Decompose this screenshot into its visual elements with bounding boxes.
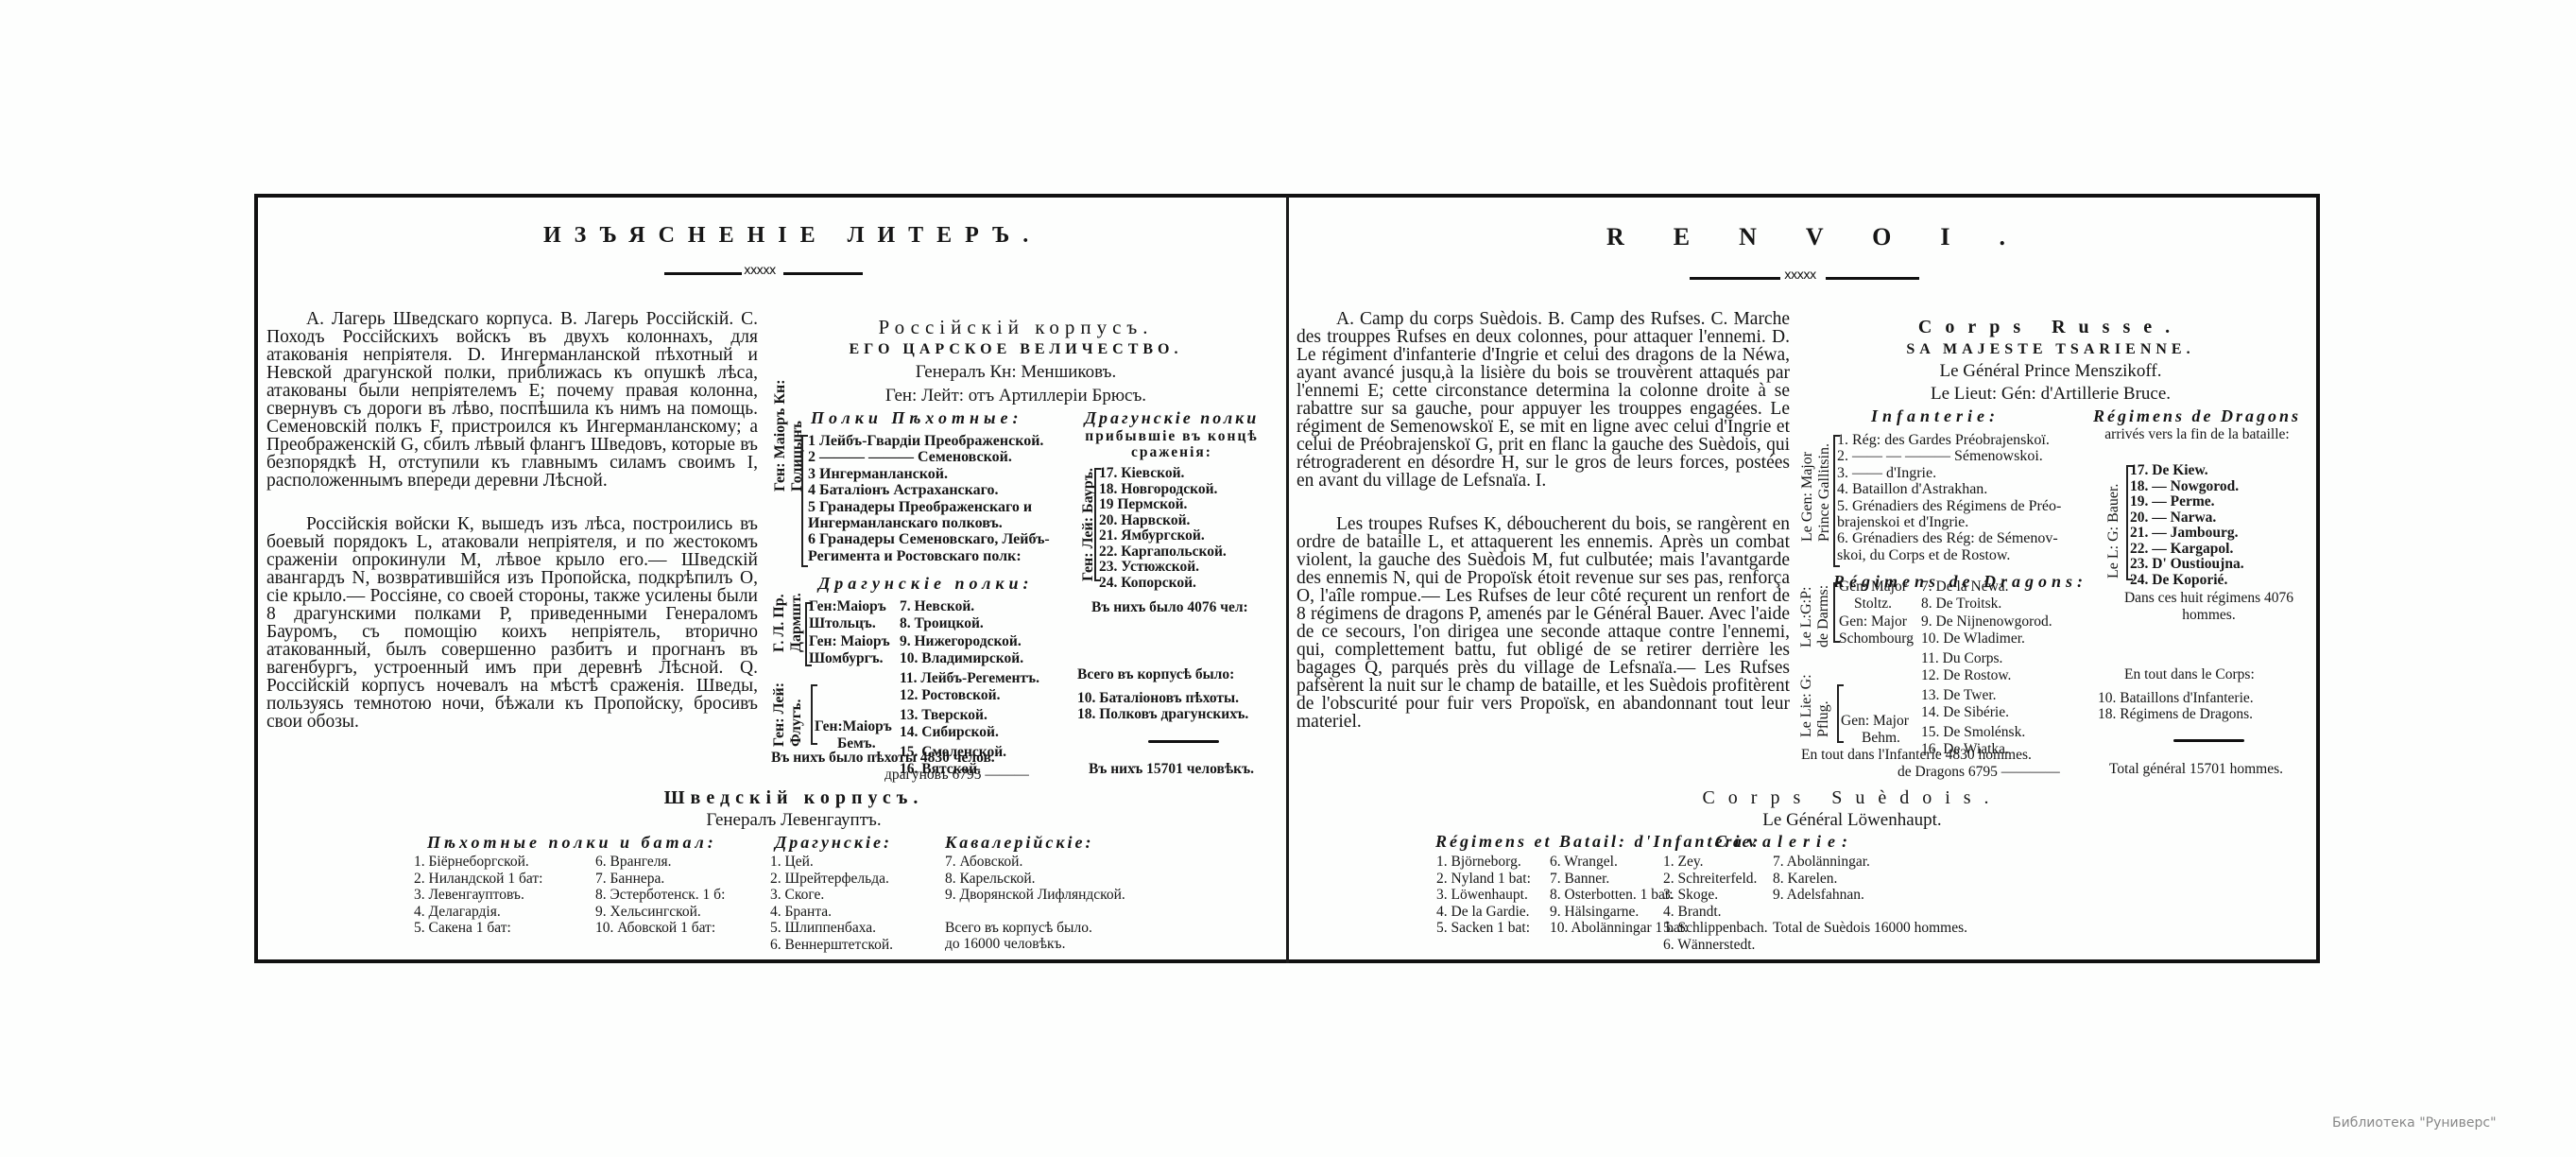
dragoon-general: Gen: Major Behm. <box>1841 713 1909 746</box>
list-item: 11. Лейбъ-Регементъ. <box>900 670 1039 687</box>
list-item: 4 Баталіонъ Астраханскаго. <box>808 482 1050 498</box>
column-divider <box>1286 196 1289 963</box>
library-watermark: Библиотека "Руниверс" <box>2332 1115 2497 1131</box>
russian-corps-header-fr: Corps Russe. SA MAJESTE TSARIENNE. Le Gé… <box>1795 316 2306 406</box>
infantry-commander-label: Le Gen: MajorPrince Gallitsin. <box>1799 443 1833 542</box>
sw-infantry-col1: 1. Біёрнеборгской.2. Ниландской 1 бат:3.… <box>414 854 542 937</box>
list-item: 17. Кіевской. <box>1099 466 1227 482</box>
list-item: 12. Ростовской. <box>900 687 1039 704</box>
infantry-list: 1 Лейбъ-Гвардіи Преображенской. 2 ——— ——… <box>808 433 1050 564</box>
grand-total: Въ нихъ 15701 человѣкъ. <box>1089 761 1254 778</box>
sw-dragoons-list: 1. Цей.2. Шрейтерфельда.3. Скоге.4. Бран… <box>770 854 893 953</box>
french-title: RENVOI. <box>1606 223 1984 251</box>
list-item: 24. Копорской. <box>1099 576 1227 592</box>
dragoon-group-brace <box>805 602 807 666</box>
corps-total: Всего въ корпусѣ было: 10. Баталіоновъ п… <box>1077 666 1248 723</box>
list-item: 7. Невской. <box>900 598 1039 615</box>
list-item: 22. Каргапольской. <box>1099 544 1227 561</box>
paragraph-2: Les troupes Rufses K, déboucherent du bo… <box>1297 515 1790 731</box>
late-total: Въ нихъ было 4076 чел: <box>1091 599 1248 616</box>
infantry-brace <box>801 435 803 567</box>
sw-cavalry-col1: 1. Zey.2. Schreiterfeld.3. Skoge.4. Bran… <box>1663 854 1768 953</box>
sw-infantry-heading: Пѣхотные полки и батал: <box>427 833 717 853</box>
corps-heading: Россійскій корпусъ. <box>794 316 1238 338</box>
dragoon-group-brace <box>1837 684 1839 743</box>
dragoon-general: Ген:Маіоръ Бемъ. <box>815 718 892 751</box>
late-total: Dans ces huit régimens 4076 hommes. <box>2103 590 2315 623</box>
swedish-corps-header-fr: Corps Suèdois. Le Général Löwenhaupt. <box>1474 786 2230 832</box>
list-item: 10. Владимирской. <box>900 650 1039 667</box>
late-dragoons-brace <box>2126 465 2128 580</box>
swedish-corps-header: Шведскій корпусъ. Генералъ Левенгауптъ. <box>416 786 1172 832</box>
list-item: 8. Троицкой. <box>900 615 1039 632</box>
french-explanation: A. Camp du corps Suèdois. B. Camp des Ru… <box>1297 310 1790 756</box>
dragoon-group-brace <box>811 684 813 745</box>
dragoon-group-commander: Le L:G:P:de Darms: <box>1798 585 1832 648</box>
artillery-line: Ген: Лейт: отъ Артиллеріи Брюсъ. <box>794 384 1238 407</box>
russian-title: ИЗЪЯСНЕНІЕ ЛИТЕРЪ. <box>543 223 1016 249</box>
list-item: 6 Гранадеры Семеновскаго, Лейбъ- <box>808 531 1050 547</box>
list-item: 3 Ингерманланской. <box>808 466 1050 482</box>
sw-cavalry-heading: Cavalerie: <box>1715 832 1854 852</box>
list-item: 2 ——— ——— Семеновской. <box>808 449 1050 465</box>
corps-total: En tout dans le Corps: 10. Bataillons d'… <box>2098 666 2255 723</box>
dragoon-general: Gen: Major Stoltz. Gen: Major Schombourg <box>1839 578 1914 647</box>
late-commander-label: Le L: G: Bauer. <box>2105 484 2122 578</box>
infantry-list: 1. Rég: des Gardes Préobrajenskoï.2. —— … <box>1837 432 2061 563</box>
sw-infantry-col1: 1. Björneborg.2. Nyland 1 bat:3. Löwenha… <box>1436 854 1531 937</box>
russian-explanation: А. Лагерь Шведскаго корпуса. В. Лагерь Р… <box>266 310 758 756</box>
list-item: 20. Нарвской. <box>1099 513 1227 529</box>
grand-total: Total général 15701 hommes. <box>2109 761 2283 778</box>
sw-dragoons-heading: Драгунскіе: <box>775 833 892 853</box>
dragoon-general: Ген:Маіоръ Штольцъ. Ген: Маіоръ Шомбургъ… <box>809 598 890 666</box>
paragraph-1: А. Лагерь Шведскаго корпуса. В. Лагерь Р… <box>266 310 758 490</box>
infantry-heading: Infanterie: <box>1871 406 2000 426</box>
late-dragoons-header: Régimens de Dragons arrivés vers la fin … <box>2079 406 2315 442</box>
list-item: 1 Лейбъ-Гвардіи Преображенской. <box>808 433 1050 449</box>
paragraph-1: A. Camp du corps Suèdois. B. Camp des Ru… <box>1297 310 1790 490</box>
infantry-heading: Полки Пѣхотные: <box>811 408 1022 428</box>
infantry-total: En tout dans l'Infanterie 4830 hommes. d… <box>1801 747 2060 780</box>
dragoon-group-commander: Ген: Лей:Флугъ. <box>771 682 805 747</box>
list-item: Регимента и Ростовскаго полк: <box>808 548 1050 564</box>
total-rule <box>2173 739 2244 742</box>
title-ornament: xxxxx <box>1690 271 1919 285</box>
infantry-brace <box>1833 435 1835 567</box>
dragoons-heading: Драгунскіе полки: <box>818 574 1033 594</box>
title-ornament: xxxxx <box>664 267 863 280</box>
dragoon-group-commander: Г. Л. Пр.Дармшт. <box>771 593 805 652</box>
majesty-line: ЕГО ЦАРСКОЕ ВЕЛИЧЕСТВО. <box>794 338 1238 360</box>
russian-corps-header: Россійскій корпусъ. ЕГО ЦАРСКОЕ ВЕЛИЧЕСТ… <box>794 316 1238 407</box>
list-item: 18. Новгородской. <box>1099 482 1227 498</box>
general-line: Генералъ Кн: Меншиковъ. <box>794 360 1238 384</box>
list-item: 14. Сибирской. <box>900 724 1039 741</box>
dragoon-list: 7. De la Néwa. 8. De Troitsk. 9. De Nijn… <box>1921 578 2052 757</box>
late-dragoons-list: 17. De Kiew.18. — Nowgorod.19. — Perme.2… <box>2130 463 2244 588</box>
late-dragoons-list: 17. Кіевской. 18. Новгородской. 19 Пермс… <box>1099 466 1227 591</box>
dragoon-group-brace <box>1833 582 1835 643</box>
sw-infantry-heading: Régimens et Batail: d'Infanterie: <box>1435 832 1761 852</box>
dragoon-group-commander: Le Lie: G:Pflug. <box>1798 674 1832 737</box>
list-item: 19 Пермской. <box>1099 497 1227 513</box>
late-dragoons-brace <box>1094 468 1096 581</box>
list-item: Ингерманланскаго полковъ. <box>808 515 1050 531</box>
sw-cavalry-list: 7. Абовской.8. Карельской.9. Дворянской … <box>945 854 1125 953</box>
list-item: 9. Нижегородской. <box>900 633 1039 650</box>
total-rule <box>1148 740 1219 743</box>
sw-cavalry-heading: Кавалерійскіе: <box>945 833 1093 853</box>
late-dragoons-header: Драгунскіе полки прибывшіе въ концѣ сраж… <box>1068 408 1276 460</box>
list-item: 13. Тверской. <box>900 707 1039 724</box>
list-item: 5 Гранадеры Преображенскаго и <box>808 499 1050 515</box>
sw-cavalry-col2: 7. Abolänningar.8. Karelen.9. Adelsfahna… <box>1773 854 1967 936</box>
sw-infantry-col2: 6. Врангеля.7. Баннера.8. Эстерботенск. … <box>595 854 725 937</box>
list-item: 23. Устюжской. <box>1099 560 1227 576</box>
paragraph-2: Россійскія войски К, вышедъ изъ лѣса, по… <box>266 515 758 731</box>
infantry-total: Въ нихъ было пѣхоты 4830 челов. драгунов… <box>771 750 1029 783</box>
list-item: 21. Ямбургской. <box>1099 528 1227 544</box>
